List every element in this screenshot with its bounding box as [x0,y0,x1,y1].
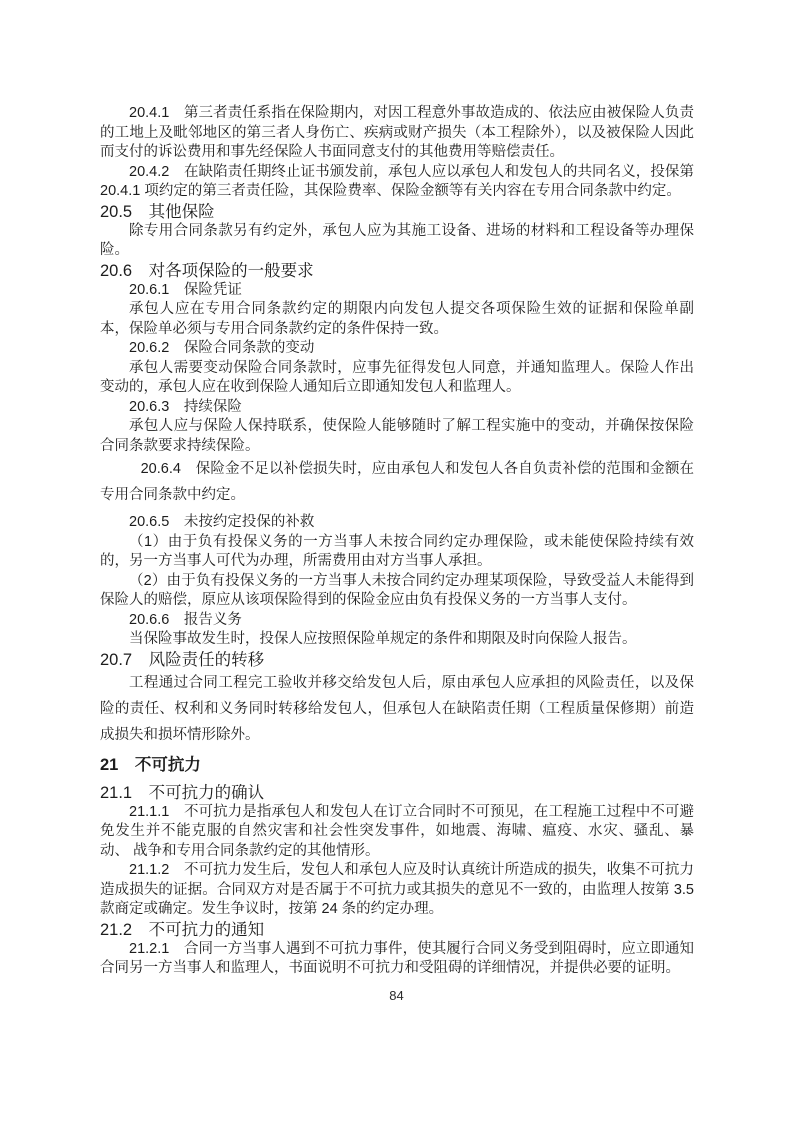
section-heading: 20.6 对各项保险的一般要求 [100,261,694,281]
page-number: 84 [0,988,793,1003]
clause-paragraph: 当保险事故发生时，投保人应按照保险单规定的条件和期限及时向保险人报告。 [100,630,694,650]
clause-paragraph: 承包人应与保险人保持联系，使保险人能够随时了解工程实施中的变动，并确保按保险合同… [100,417,694,456]
clause-paragraph: （2）由于负有投保义务的一方当事人未按合同约定办理某项保险，导致受益人未能得到保… [100,572,694,611]
clause-paragraph: 承包人需要变动保险合同条款时，应事先征得发包人同意，并通知监理人。保险人作出变动… [100,359,694,398]
document-content: 20.4.1 第三者责任系指在保险期内，对因工程意外事故造成的、依法应由被保险人… [100,104,694,979]
clause-paragraph: 21.1.2 不可抗力发生后，发包人和承包人应及时认真统计所造成的损失，收集不可… [100,861,694,920]
clause-paragraph: 20.6.5 未按约定投保的补救 [100,513,694,533]
section-heading: 21.1 不可抗力的确认 [100,783,694,803]
clause-paragraph: 20.6.1 保险凭证 [100,281,694,301]
clause-paragraph: （1）由于负有投保义务的一方当事人未按合同约定办理保险，或未能使保险持续有效的，… [100,533,694,572]
clause-paragraph: 21.2.1 合同一方当事人遇到不可抗力事件，使其履行合同义务受到阻碍时，应立即… [100,940,694,979]
section-heading: 20.7 风险责任的转移 [100,650,694,670]
clause-paragraph: 20.6.3 持续保险 [100,398,694,418]
clause-paragraph: 工程通过合同工程完工验收并移交给发包人后，原由承包人应承担的风险责任，以及保险的… [100,670,694,748]
clause-paragraph: 20.4.1 第三者责任系指在保险期内，对因工程意外事故造成的、依法应由被保险人… [100,104,694,163]
clause-paragraph: 20.6.6 报告义务 [100,611,694,631]
section-heading: 21.2 不可抗力的通知 [100,920,694,940]
clause-paragraph: 承包人应在专用合同条款约定的期限内向发包人提交各项保险生效的证据和保险单副本，保… [100,300,694,339]
document-page: 20.4.1 第三者责任系指在保险期内，对因工程意外事故造成的、依法应由被保险人… [0,0,793,1122]
section-heading: 20.5 其他保险 [100,202,694,222]
chapter-heading: 21 不可抗力 [100,755,694,776]
clause-paragraph: 20.6.4 保险金不足以补偿损失时，应由承包人和发包人各自负责补偿的范围和金额… [100,456,694,508]
clause-paragraph: 除专用合同条款另有约定外，承包人应为其施工设备、进场的材料和工程设备等办理保险。 [100,222,694,261]
clause-paragraph: 20.6.2 保险合同条款的变动 [100,339,694,359]
clause-paragraph: 21.1.1 不可抗力是指承包人和发包人在订立合同时不可预见，在工程施工过程中不… [100,803,694,862]
clause-paragraph: 20.4.2 在缺陷责任期终止证书颁发前，承包人应以承包人和发包人的共同名义，投… [100,163,694,202]
